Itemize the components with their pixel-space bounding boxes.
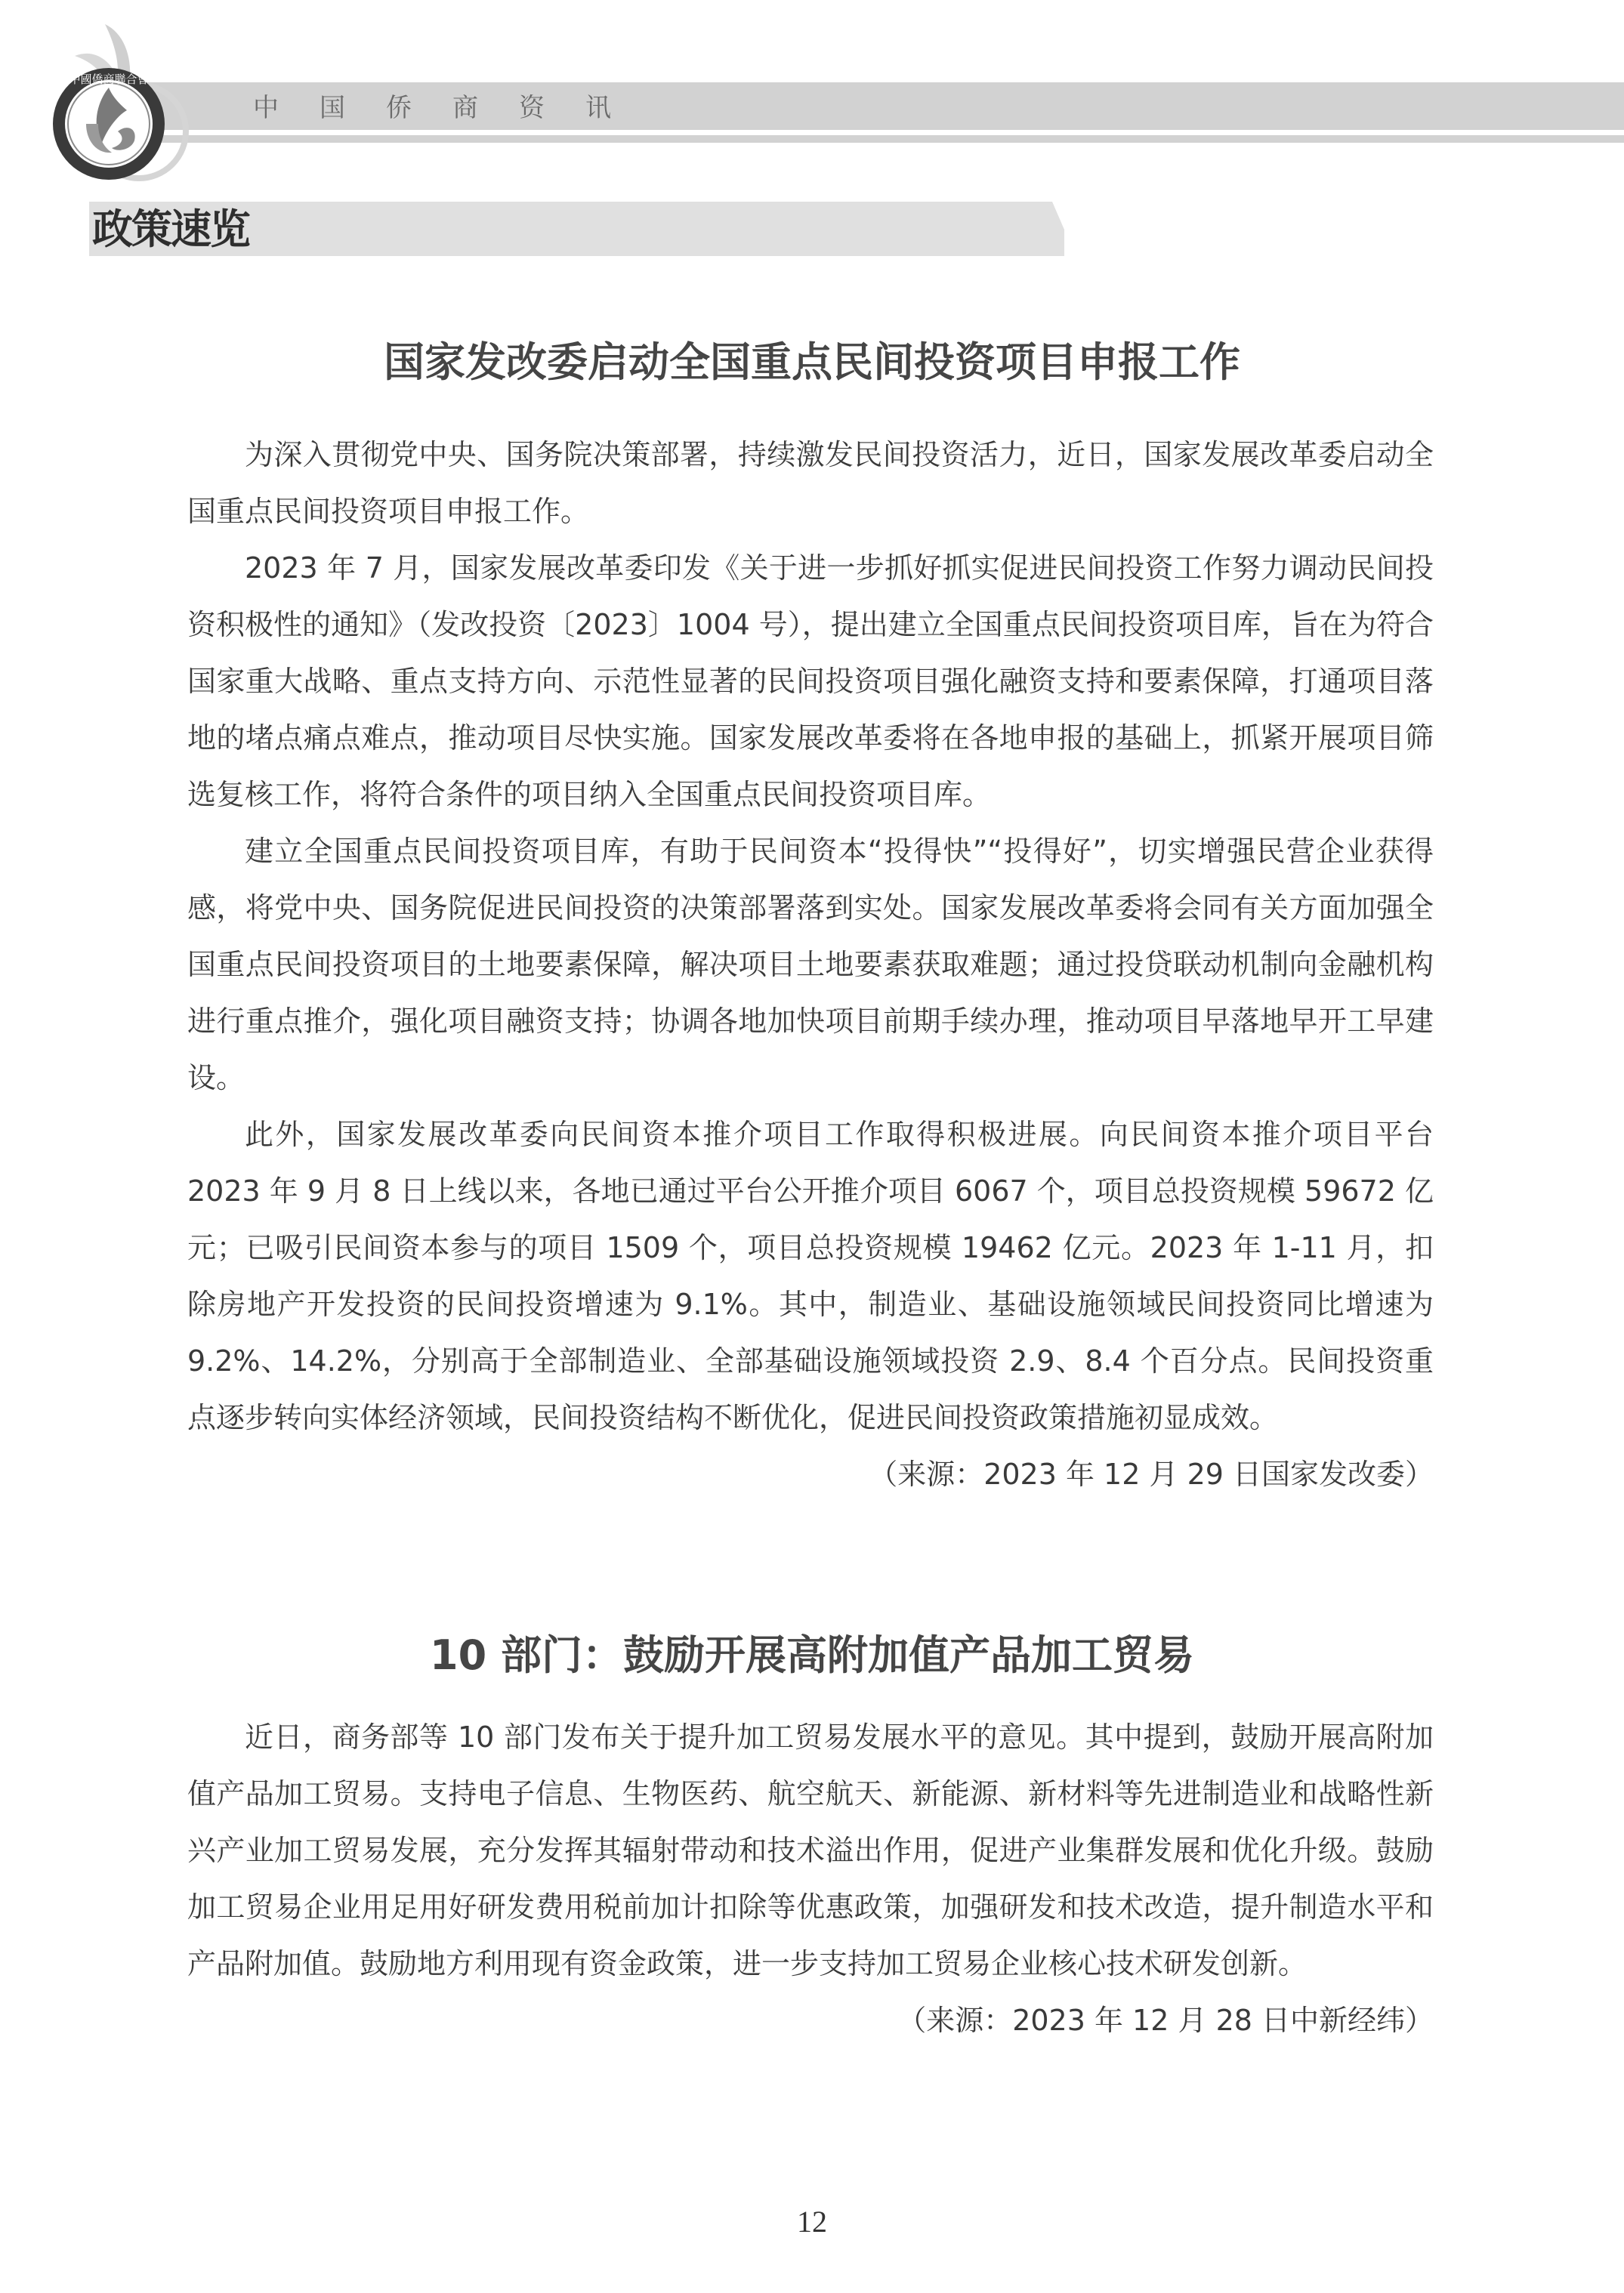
article-paragraph: 近日，商务部等 10 部门发布关于提升加工贸易发展水平的意见。其中提到，鼓励开展… [187, 1709, 1434, 1992]
header-rule [106, 135, 1624, 143]
article-source: （来源：2023 年 12 月 28 日中新经纬） [840, 1992, 1434, 2049]
article-paragraph: 2023 年 7 月，国家发展改革委印发《关于进一步抓好抓实促进民间投资工作努力… [187, 540, 1434, 823]
article-title: 国家发改委启动全国重点民间投资项目申报工作 [0, 338, 1624, 387]
paragraph-text: 此外，国家发展改革委向民间资本推介项目工作取得积极进展。向民间资本推介项目平台 … [187, 1118, 1434, 1434]
page-number: 12 [0, 2204, 1624, 2239]
publication-title: 中国侨商资讯 [253, 89, 652, 127]
section-title: 政策速览 [92, 205, 249, 252]
article-body: 为深入贯彻党中央、国务院决策部署，持续激发民间投资活力，近日，国家发展改革委启动… [187, 427, 1434, 1503]
article-paragraph: 此外，国家发展改革委向民间资本推介项目工作取得积极进展。向民间资本推介项目平台 … [187, 1106, 1434, 1446]
federation-logo-icon: 中國僑商聯合會 [33, 11, 230, 184]
paragraph-text: 近日，商务部等 10 部门发布关于提升加工贸易发展水平的意见。其中提到，鼓励开展… [187, 1721, 1434, 1980]
article-title: 10 部门：鼓励开展高附加值产品加工贸易 [0, 1631, 1624, 1680]
article-source: （来源：2023 年 12 月 29 日国家发改委） [811, 1446, 1434, 1503]
svg-text:中國僑商聯合會: 中國僑商聯合會 [69, 73, 148, 86]
article-body: 近日，商务部等 10 部门发布关于提升加工贸易发展水平的意见。其中提到，鼓励开展… [187, 1709, 1434, 2049]
article-paragraph: 为深入贯彻党中央、国务院决策部署，持续激发民间投资活力，近日，国家发展改革委启动… [187, 427, 1434, 540]
article-paragraph: 建立全国重点民间投资项目库，有助于民间资本“投得快”“投得好”，切实增强民营企业… [187, 823, 1434, 1106]
